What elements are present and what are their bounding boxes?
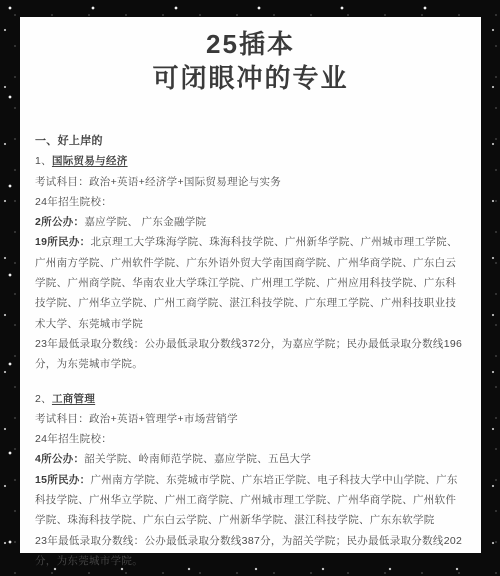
major-block-business-administration: 2、工商管理 考试科目：政治+英语+管理学+市场营销学 24年招生院校： 4所公… (35, 389, 466, 572)
poster-title: 25插本 可闭眼冲的专业 (20, 17, 481, 95)
poster-body: 一、好上岸的 1、国际贸易与经济 考试科目：政治+英语+经济学+国际贸易理论与实… (20, 131, 481, 571)
public-schools-line: 4所公办：韶关学院、岭南师范学院、嘉应学院、五邑大学 (35, 449, 466, 469)
major-number: 1、 (35, 155, 52, 167)
private-schools-line: 19所民办：北京理工大学珠海学院、珠海科技学院、广州新华学院、广州城市理工学院、… (35, 232, 466, 333)
private-school-list: 广州南方学院、东莞城市学院、广东培正学院、电子科技大学中山学院、广东科技学院、广… (35, 474, 458, 527)
major-name: 工商管理 (52, 393, 95, 405)
public-schools-line: 2所公办：嘉应学院、 广东金融学院 (35, 212, 466, 232)
major-number: 2、 (35, 393, 52, 405)
poster-title-line-1: 25插本 (20, 27, 481, 61)
public-school-list: 嘉应学院、 广东金融学院 (84, 216, 206, 228)
section-heading: 一、好上岸的 (35, 131, 466, 151)
min-score-line: 23年最低录取分数线：公办最低录取分数线372分，为嘉应学院；民办最低录取分数线… (35, 334, 466, 375)
major-name: 国际贸易与经济 (52, 155, 128, 167)
major-title-line: 2、工商管理 (35, 389, 466, 409)
private-schools-line: 15所民办：广州南方学院、东莞城市学院、广东培正学院、电子科技大学中山学院、广东… (35, 470, 466, 531)
major-block-international-trade: 1、国际贸易与经济 考试科目：政治+英语+经济学+国际贸易理论与实务 24年招生… (35, 151, 466, 374)
exam-subjects-line: 考试科目：政治+英语+经济学+国际贸易理论与实务 (35, 172, 466, 192)
public-school-list: 韶关学院、岭南师范学院、嘉应学院、五邑大学 (84, 453, 311, 465)
exam-subjects-line: 考试科目：政治+英语+管理学+市场营销学 (35, 409, 466, 429)
admission-year-label: 24年招生院校： (35, 192, 466, 212)
private-count-label: 15所民办： (35, 474, 90, 486)
major-title-line: 1、国际贸易与经济 (35, 151, 466, 171)
private-count-label: 19所民办： (35, 236, 90, 248)
poster-card: 25插本 可闭眼冲的专业 一、好上岸的 1、国际贸易与经济 考试科目：政治+英语… (20, 17, 481, 553)
public-count-label: 4所公办： (35, 453, 84, 465)
private-school-list: 北京理工大学珠海学院、珠海科技学院、广州新华学院、广州城市理工学院、广州南方学院… (35, 236, 458, 329)
public-count-label: 2所公办： (35, 216, 84, 228)
admission-year-label: 24年招生院校： (35, 429, 466, 449)
poster-title-line-2: 可闭眼冲的专业 (20, 61, 481, 95)
min-score-line: 23年最低录取分数线：公办最低录取分数线387分，为韶关学院；民办最低录取分数线… (35, 531, 466, 572)
